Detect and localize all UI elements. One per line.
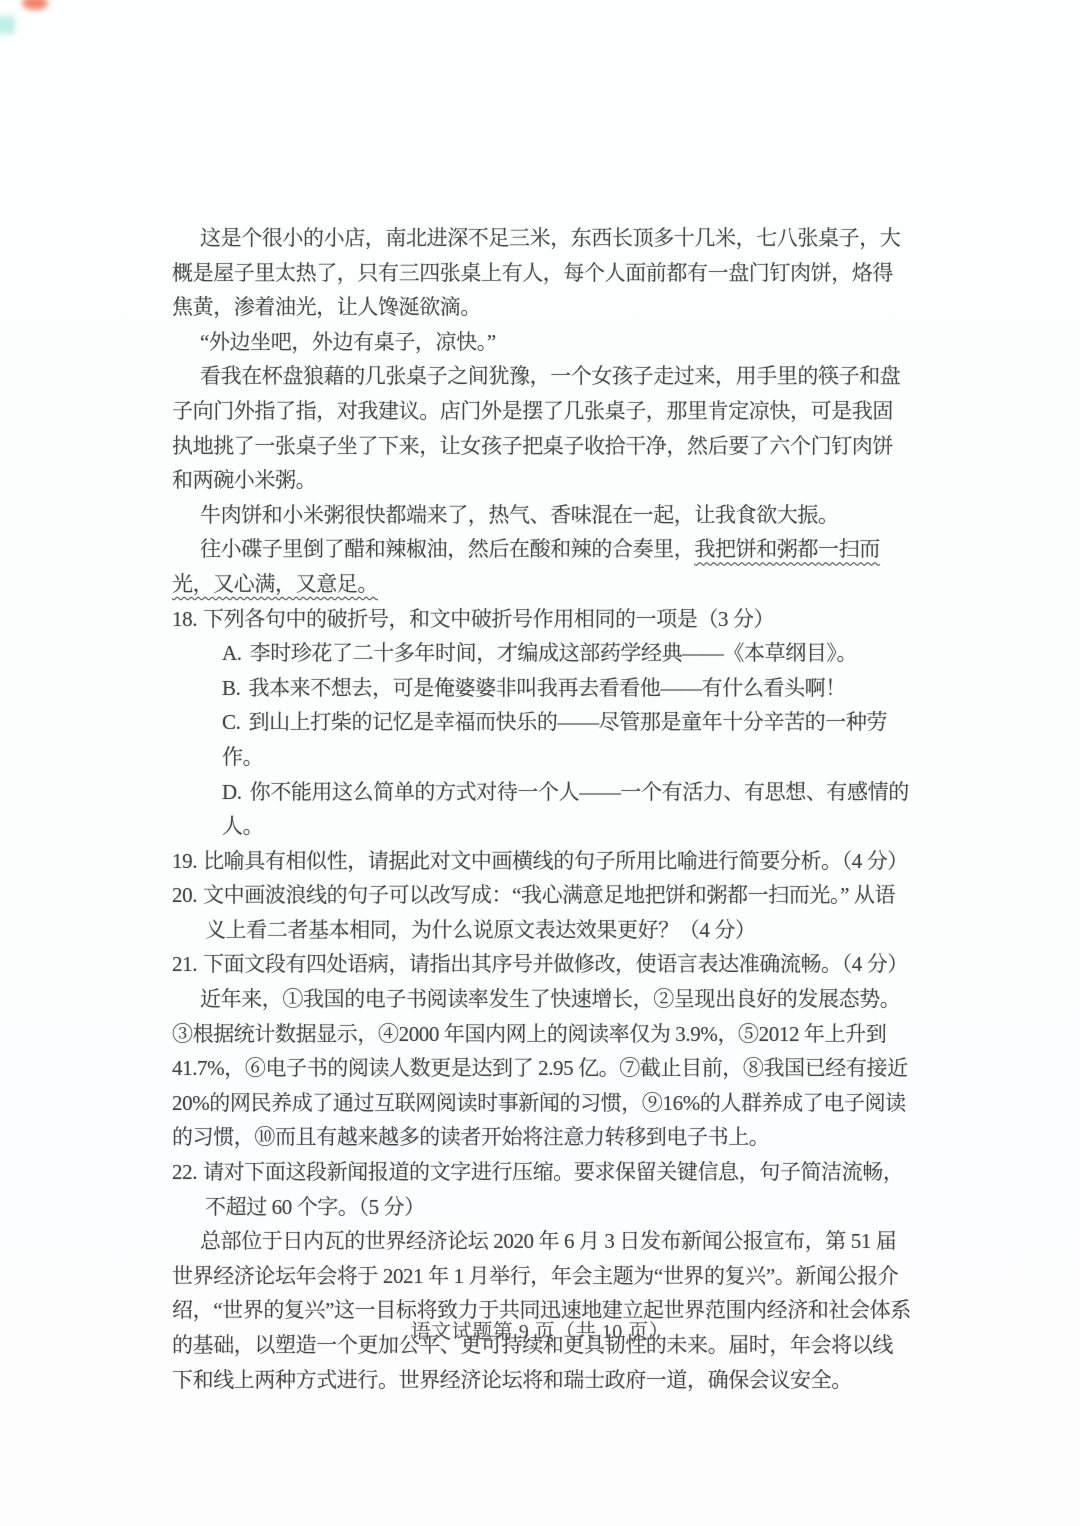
question-20-stem: 文中画波浪线的句子可以改写成：“我心满意足地把饼和粥都一扫而光。” 从语义上看二… xyxy=(203,883,895,942)
scan-artifact-red xyxy=(22,0,48,10)
paragraph5-prefix: 往小碟子里倒了醋和辣椒油，然后在酸和辣的合奏里， xyxy=(200,537,694,561)
option-b-label: B. xyxy=(222,676,248,700)
option-d-text: 你不能用这么简单的方式对待一个人——一个有活力、有思想、有感情的人。 xyxy=(222,780,909,839)
question-22-material: 总部位于日内瓦的世界经济论坛 2020 年 6 月 3 日发布新闻公报宣布，第 … xyxy=(172,1224,912,1397)
question-18-option-b: B.我本来不想去，可是俺婆婆非叫我再去看看他——有什么看头啊！ xyxy=(172,671,912,706)
question-18-stem: 下列各句中的破折号，和文中破折号作用相同的一项是（3 分） xyxy=(203,607,774,631)
question-20-number: 20. xyxy=(172,883,203,907)
passage-paragraph-2: “外边坐吧，外边有桌子，凉快。” xyxy=(172,325,912,360)
passage-paragraph-4: 牛肉饼和小米粥很快都端来了，热气、香味混在一起，让我食欲大振。 xyxy=(172,498,912,533)
question-21-material: 近年来，①我国的电子书阅读率发生了快速增长，②呈现出良好的发展态势。③根据统计数… xyxy=(172,982,912,1155)
scan-artifact-teal xyxy=(0,16,15,34)
exam-page: 这是个很小的小店，南北进深不足三米，东西长顶多十几米，七八张桌子，大概是屋子里太… xyxy=(0,0,1080,1526)
option-a-text: 李时珍花了二十多年时间，才编成这部药学经典——《本草纲目》。 xyxy=(250,641,858,665)
question-21-number: 21. xyxy=(172,952,203,976)
question-18-option-a: A.李时珍花了二十多年时间，才编成这部药学经典——《本草纲目》。 xyxy=(172,636,912,671)
page-content: 这是个很小的小店，南北进深不足三米，东西长顶多十几米，七八张桌子，大概是屋子里太… xyxy=(172,221,912,1397)
page-footer: 语文试题第 9 页（共 10 页） xyxy=(0,1315,1080,1349)
question-18-option-c: C.到山上打柴的记忆是幸福而快乐的——尽管那是童年十分辛苦的一种劳作。 xyxy=(172,705,912,774)
question-20: 20.文中画波浪线的句子可以改写成：“我心满意足地把饼和粥都一扫而光。” 从语义… xyxy=(172,878,912,947)
option-c-label: C. xyxy=(222,710,248,734)
option-b-text: 我本来不想去，可是俺婆婆非叫我再去看看他——有什么看头啊！ xyxy=(248,676,845,700)
question-21-stem: 下面文段有四处语病，请指出其序号并做修改，使语言表达准确流畅。（4 分） xyxy=(203,952,908,976)
question-18-option-d: D.你不能用这么简单的方式对待一个人——一个有活力、有思想、有感情的人。 xyxy=(172,775,912,844)
question-21: 21.下面文段有四处语病，请指出其序号并做修改，使语言表达准确流畅。（4 分） xyxy=(172,947,912,982)
question-18: 18.下列各句中的破折号，和文中破折号作用相同的一项是（3 分） xyxy=(172,602,912,637)
question-22: 22.请对下面这段新闻报道的文字进行压缩。要求保留关键信息，句子简洁流畅，不超过… xyxy=(172,1155,912,1224)
option-d-label: D. xyxy=(222,780,250,804)
question-22-number: 22. xyxy=(172,1160,203,1184)
question-19-number: 19. xyxy=(172,849,203,873)
question-18-number: 18. xyxy=(172,607,203,631)
passage-paragraph-5: 往小碟子里倒了醋和辣椒油，然后在酸和辣的合奏里，我把饼和粥都一扫而光，又心满，又… xyxy=(172,532,912,601)
passage-paragraph-1: 这是个很小的小店，南北进深不足三米，东西长顶多十几米，七八张桌子，大概是屋子里太… xyxy=(172,221,912,325)
option-c-text: 到山上打柴的记忆是幸福而快乐的——尽管那是童年十分辛苦的一种劳作。 xyxy=(222,710,887,769)
option-a-label: A. xyxy=(222,641,250,665)
question-22-stem: 请对下面这段新闻报道的文字进行压缩。要求保留关键信息，句子简洁流畅，不超过 60… xyxy=(203,1160,903,1219)
question-19: 19.比喻具有相似性，请据此对文中画横线的句子所用比喻进行简要分析。（4 分） xyxy=(172,844,912,879)
question-19-stem: 比喻具有相似性，请据此对文中画横线的句子所用比喻进行简要分析。（4 分） xyxy=(203,849,908,873)
passage-paragraph-3: 看我在杯盘狼藉的几张桌子之间犹豫，一个女孩子走过来，用手里的筷子和盘子向门外指了… xyxy=(172,359,912,497)
